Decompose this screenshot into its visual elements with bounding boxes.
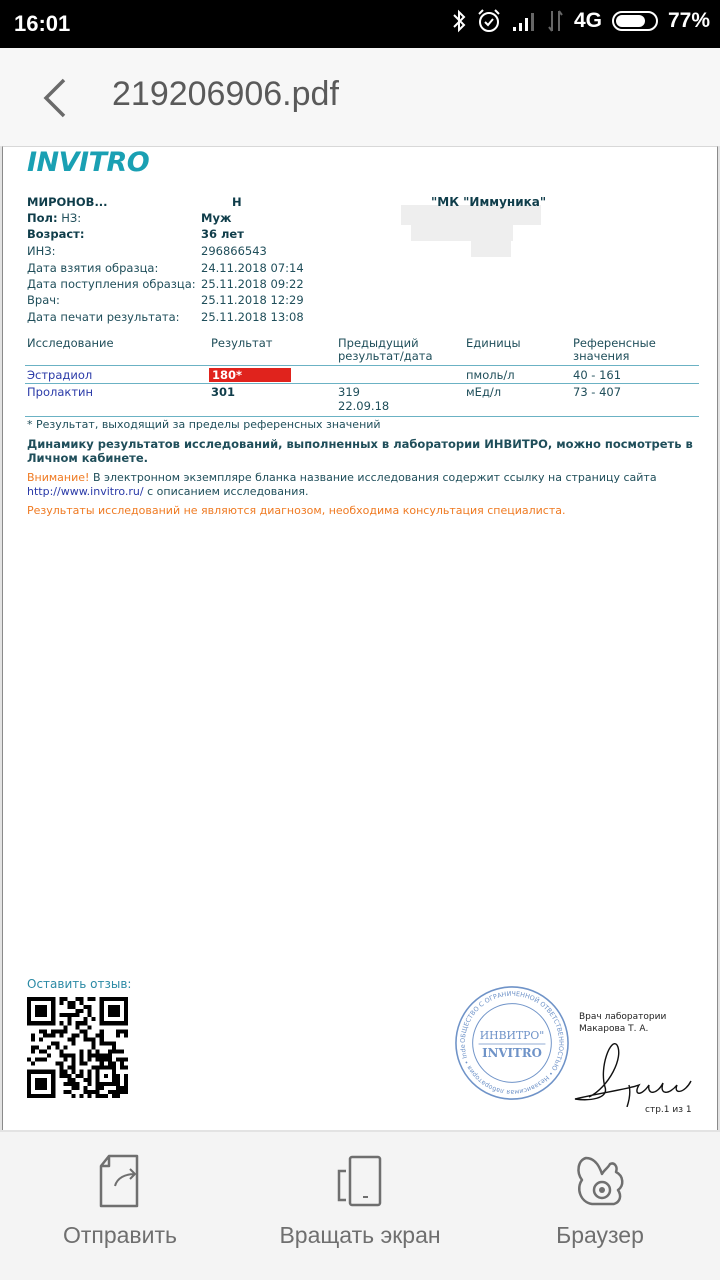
clinic-name: "МК "Иммуника" [431,195,546,209]
dynamics-note: Динамику результатов исследований, выпол… [27,437,693,465]
document-title: 219206906.pdf [112,75,339,114]
invitro-logo: INVITRO [27,147,149,178]
col-header-test: Исследование [27,337,114,350]
battery-percent: 77% [668,9,710,33]
previous-value: 319 [338,385,360,399]
sample-taken-value: 24.11.2018 07:14 [201,261,304,275]
back-button[interactable] [38,78,72,118]
test-name-link[interactable]: Пролактин [27,385,93,399]
signature-title: Врач лаборатории Макарова Т. А. [579,1011,666,1035]
doctor-label: Врач: [27,293,60,307]
lab-stamp: ОБЩЕСТВО С ОГРАНИЧЕННОЙ ОТВЕТСТВЕННОСТЬЮ… [453,984,571,1102]
battery-icon [612,11,658,31]
sex-label-overlay: НЗ: [61,211,81,225]
attention-note: Внимание! В электронном экземпляре бланк… [27,471,657,499]
rotate-screen-button[interactable]: Вращать экран [274,1132,446,1280]
disclaimer: Результаты исследований не являются диаг… [27,504,566,517]
patient-name-fragment: Н [232,195,242,209]
stamp-text-ru: ИНВИТРО" [480,1029,544,1042]
col-header-result: Результат [211,337,273,350]
result-value-flagged: 180* [209,368,291,382]
table-divider [25,365,699,366]
signature-role: Врач лаборатории [579,1011,666,1023]
data-arrows-icon [548,9,564,33]
footnote: * Результат, выходящий за пределы рефере… [27,418,381,431]
browser-squirrel-icon [574,1154,626,1208]
sample-taken-label: Дата взятия образца: [27,261,158,275]
page-number: стр.1 из 1 [645,1105,692,1115]
status-icons: 4G 77% [452,8,710,34]
stamp-text-en: INVITRO [482,1046,542,1060]
sample-received-value: 25.11.2018 09:22 [201,277,304,291]
inz-label: ИНЗ: [27,244,56,258]
col-header-reference-line2: значения [573,350,656,363]
test-name-link[interactable]: Эстрадиол [27,368,92,382]
feedback-label: Оставить отзыв: [27,977,131,991]
table-divider [25,416,699,417]
signal-icon [512,10,538,32]
dynamics-line-2: Личном кабинете. [27,451,693,465]
status-bar: 16:01 4G 77% [0,0,720,48]
network-type: 4G [574,9,602,33]
age-value: 36 лет [201,227,244,241]
sex-value: Муж [201,211,231,225]
attention-text: В электронном экземпляре бланка название… [89,471,656,484]
signature-name: Макарова Т. А. [579,1023,666,1035]
col-header-reference: Референсные значения [573,337,656,363]
col-header-units: Единицы [466,337,521,350]
site-link[interactable]: http://www.invitro.ru/ [27,485,144,498]
share-label: Отправить [63,1222,177,1249]
col-header-previous-line2: результат/дата [338,350,433,363]
bottom-action-bar: Отправить Вращать экран Браузер [0,1132,720,1280]
pdf-page: INVITRO МИРОНОВ... Н Пол: НЗ: Муж Возрас… [2,146,718,1130]
sex-label-row: Пол: НЗ: [27,211,81,225]
sample-received-label: Дата поступления образца: [27,277,196,291]
age-label: Возраст: [27,227,84,241]
browser-label: Браузер [556,1222,644,1249]
bluetooth-icon [452,9,466,33]
sex-label: Пол: [27,211,58,225]
signature [569,1037,697,1107]
alarm-icon [476,8,502,34]
pdf-viewer[interactable]: INVITRO МИРОНОВ... Н Пол: НЗ: Муж Возрас… [0,146,720,1132]
inz-value: 296866543 [201,244,267,258]
attention-label: Внимание! [27,471,89,484]
previous-date: 22.09.18 [338,399,389,413]
units: мЕд/л [466,385,501,399]
share-file-icon [97,1154,143,1208]
print-date-label: Дата печати результата: [27,310,180,324]
browser-button[interactable]: Браузер [548,1132,652,1280]
share-button[interactable]: Отправить [58,1132,182,1280]
reference-range: 40 - 161 [573,368,621,382]
units: пмоль/л [466,368,515,382]
site-link-suffix: с описанием исследования. [144,485,309,498]
col-header-previous: Предыдущий результат/дата [338,337,433,363]
patient-name-label: МИРОНОВ... [27,195,108,209]
result-value: 301 [211,385,235,399]
rotate-screen-icon [336,1154,384,1208]
reference-range: 73 - 407 [573,385,621,399]
app-bar: 219206906.pdf [0,48,720,146]
status-time: 16:01 [14,11,70,37]
dynamics-line-1: Динамику результатов исследований, выпол… [27,437,693,451]
table-divider [25,383,699,384]
print-date-value: 25.11.2018 13:08 [201,310,304,324]
qr-code[interactable] [27,997,128,1098]
rotate-screen-label: Вращать экран [279,1222,440,1249]
redaction-mark [471,239,511,257]
doctor-value: 25.11.2018 12:29 [201,293,304,307]
